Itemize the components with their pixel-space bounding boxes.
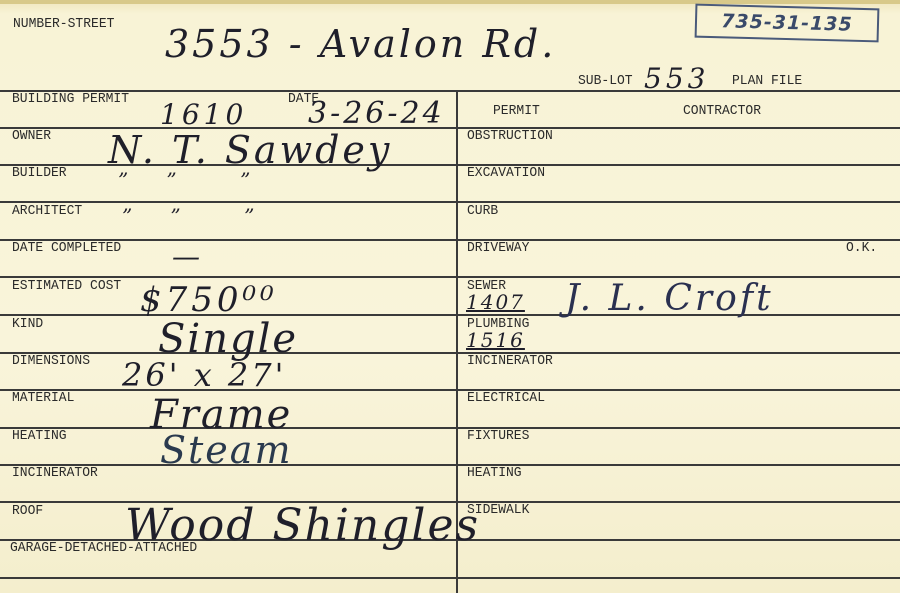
- label-incinerator: INCINERATOR: [12, 465, 98, 481]
- permit-card: 735-31-135 NUMBER-STREET BUILDING PERMIT…: [0, 0, 900, 593]
- label-incinerator-permit: INCINERATOR: [467, 353, 553, 369]
- rule: [0, 90, 900, 92]
- label-kind: KIND: [12, 316, 43, 332]
- value-estimated-cost: $750⁰⁰: [140, 280, 278, 320]
- value-date-completed: —: [172, 240, 200, 273]
- header-contractor: CONTRACTOR: [683, 103, 761, 119]
- label-excavation: EXCAVATION: [467, 165, 545, 181]
- rule: [0, 239, 900, 241]
- value-driveway-ok: O.K.: [846, 240, 877, 256]
- value-building-permit: 1610: [160, 98, 247, 131]
- value-dimensions: 26' x 27': [122, 356, 286, 394]
- label-plan-file: PLAN FILE: [732, 73, 802, 89]
- rule: [0, 427, 900, 429]
- value-builder: ” ” ”: [118, 168, 250, 192]
- value-heating: Steam: [160, 428, 292, 472]
- rule: [0, 577, 900, 579]
- value-owner: N. T. Sawdey: [108, 128, 392, 172]
- value-architect: ” ” ”: [122, 204, 254, 228]
- value-plumbing-permit: 1516: [466, 328, 525, 352]
- label-obstruction: OBSTRUCTION: [467, 128, 553, 144]
- value-date: 3-26-24: [308, 96, 445, 131]
- label-heating: HEATING: [12, 428, 67, 444]
- label-roof: ROOF: [12, 503, 43, 519]
- label-architect: ARCHITECT: [12, 203, 82, 219]
- value-roof: Wood Shingles: [125, 500, 480, 551]
- rule: [0, 201, 900, 203]
- label-estimated-cost: ESTIMATED COST: [12, 278, 121, 294]
- rule: [0, 464, 900, 466]
- label-electrical: ELECTRICAL: [467, 390, 545, 406]
- label-date-completed: DATE COMPLETED: [12, 240, 121, 256]
- card-top-edge: [0, 0, 900, 4]
- rule: [0, 352, 900, 354]
- label-building-permit: BUILDING PERMIT: [12, 91, 129, 107]
- value-sewer-contractor: J. L. Croft: [565, 278, 774, 319]
- label-fixtures: FIXTURES: [467, 428, 529, 444]
- header-permit: PERMIT: [493, 103, 540, 119]
- value-sewer-permit: 1407: [466, 290, 525, 314]
- file-number-stamp: 735-31-135: [695, 4, 880, 43]
- label-driveway: DRIVEWAY: [467, 240, 529, 256]
- label-number-street: NUMBER-STREET: [13, 16, 114, 32]
- label-heating-permit: HEATING: [467, 465, 522, 481]
- label-owner: OWNER: [12, 128, 51, 144]
- label-material: MATERIAL: [12, 390, 74, 406]
- label-curb: CURB: [467, 203, 498, 219]
- value-number-street: 3553 - Avalon Rd.: [165, 22, 556, 66]
- label-sub-lot: SUB-LOT: [578, 73, 633, 89]
- label-dimensions: DIMENSIONS: [12, 353, 90, 369]
- label-builder: BUILDER: [12, 165, 67, 181]
- label-sidewalk: SIDEWALK: [467, 502, 529, 518]
- value-sub-lot: 553: [644, 62, 709, 95]
